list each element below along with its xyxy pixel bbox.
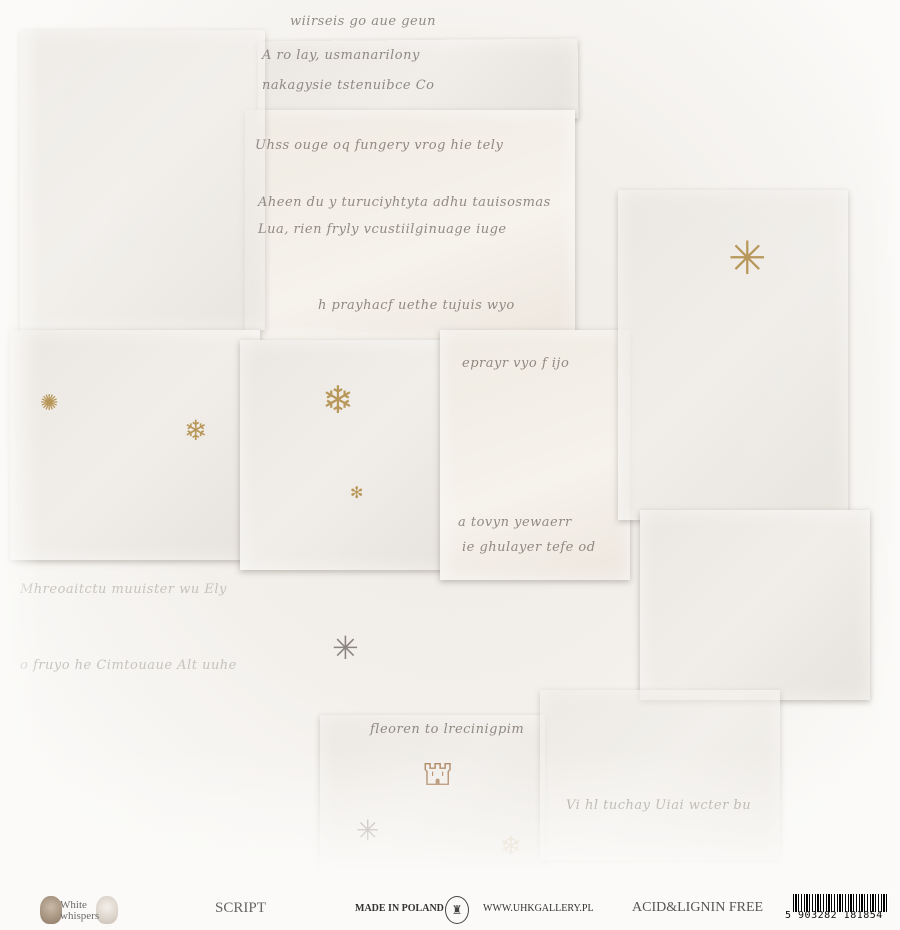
script-line: A ro lay, usmanarilony [262,48,420,63]
snowflake-icon: ❄ [322,382,354,420]
script-line: ie ghulayer tefe od [462,540,596,555]
script-line: eprayr vyo f ijo [462,356,569,371]
collection-name: SCRIPT [215,900,266,917]
torn-paper-left-mid [10,330,260,560]
script-line: Lua, rien fryly vcustiilginuage iuge [258,222,507,237]
barcode: 5 903282 181854 [785,894,895,918]
scrapbook-artwork: wiirseis go aue geun A ro lay, usmanaril… [0,0,900,888]
edge-fade-bottom [0,748,900,888]
snowflake-icon: ✳ [728,236,767,282]
brand-name-line2: whispers [60,910,99,922]
script-line: o fruyo he Cimtouaue Alt uuhe [20,658,237,673]
script-line: wiirseis go aue geun [290,14,436,29]
script-line: Mhreoaitctu muuister wu Ely [20,582,227,597]
snowflake-icon: ✳ [332,632,359,664]
barcode-number: 5 903282 181854 [785,910,883,921]
product-footer: White whispers SCRIPT MADE IN POLAND ♜ W… [0,888,900,930]
torn-paper-left-top [20,30,265,330]
script-line: h prayhacf uethe tujuis wyo [318,298,515,313]
snowflake-icon: ❄ [184,418,207,446]
website-link[interactable]: WWW.UHKGALLERY.PL [483,903,594,914]
snowflake-icon: ✻ [350,486,363,502]
torn-paper-right-lower [640,510,870,700]
made-in-label: MADE IN POLAND [355,903,444,914]
script-line: Uhss ouge oq fungery vrog hie tely [255,138,503,153]
script-line: nakagysie tstenuibce Co [262,78,435,93]
torn-paper-center-mid [240,340,460,570]
script-line: fleoren to lrecinigpim [370,722,524,737]
acid-free-label: ACID&LIGNIN FREE [632,900,763,916]
script-line: Aheen du y turuciyhtyta adhu tauisosmas [258,195,551,210]
script-line: a tovyn yewaerr [458,515,572,530]
lantern-emblem-icon: ♜ [445,896,469,924]
bird-right-icon [96,896,118,924]
brand-logo: White whispers [40,894,118,928]
snowflake-icon: ✺ [40,392,58,414]
bird-left-icon [40,896,62,924]
